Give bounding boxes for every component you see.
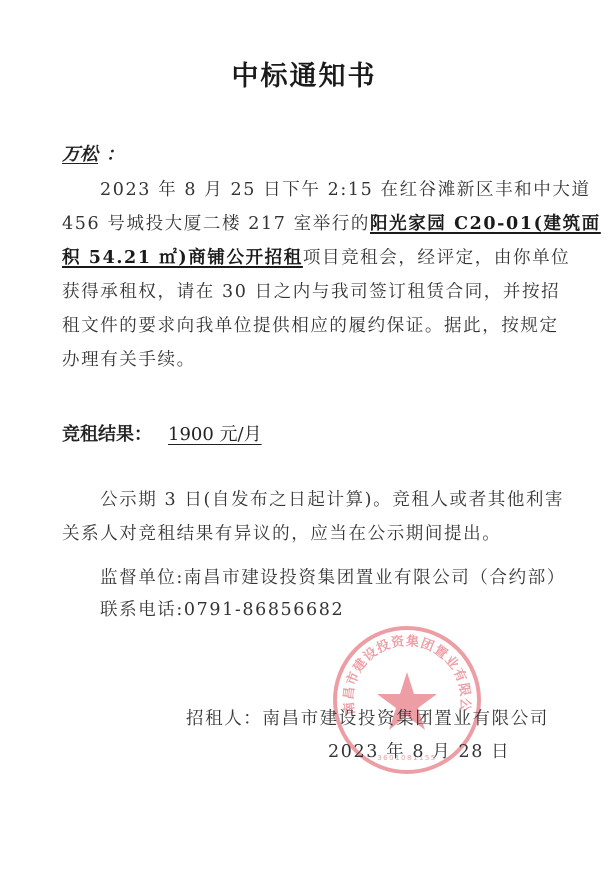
bid-result-value: 1900 元/月	[152, 420, 274, 446]
body-line-2-plain: 456 号城投大厦二楼 217 室举行的	[62, 214, 370, 234]
project-name-part1: 阳光家园 C20-01(建筑面	[370, 214, 601, 234]
notice-line-2: 关系人对竞租结果有异议的，应当在公示期间提出。	[62, 520, 501, 545]
document-title: 中标通知书	[0, 54, 608, 93]
body-line-2: 456 号城投大厦二楼 217 室举行的阳光家园 C20-01(建筑面	[62, 210, 601, 235]
addressee-name: 万松	[62, 140, 106, 166]
supervisor-line: 监督单位:南昌市建设投资集团置业有限公司（合约部）	[100, 564, 566, 589]
issue-date: 2023 年 8 月 28 日	[328, 738, 510, 763]
addressee-colon: ：	[106, 144, 124, 165]
body-line-3-plain: 项目竞租会，经评定，由你单位	[303, 248, 570, 268]
addressee: 万松：	[62, 140, 124, 166]
body-line-5: 租文件的要求向我单位提供相应的履约保证。据此，按规定	[62, 312, 559, 337]
bid-result: 竞租结果：1900 元/月	[62, 420, 274, 446]
issuer-line: 招租人：南昌市建设投资集团置业有限公司	[186, 705, 549, 730]
body-line-3: 积 54.21 ㎡)商铺公开招租项目竞租会，经评定，由你单位	[62, 244, 570, 269]
body-line-6: 办理有关手续。	[62, 346, 196, 371]
phone-line: 联系电话:0791-86856682	[100, 596, 344, 621]
body-line-4: 获得承租权，请在 30 日之内与我司签订租赁合同，并按招	[62, 278, 560, 303]
body-line-1: 2023 年 8 月 25 日下午 2:15 在红谷滩新区丰和中大道	[100, 176, 591, 201]
notice-line-1: 公示期 3 日(自发布之日起计算)。竞租人或者其他利害	[100, 486, 564, 511]
bid-result-label: 竞租结果：	[62, 424, 152, 445]
project-name-part2: 积 54.21 ㎡)商铺公开招租	[62, 248, 303, 268]
